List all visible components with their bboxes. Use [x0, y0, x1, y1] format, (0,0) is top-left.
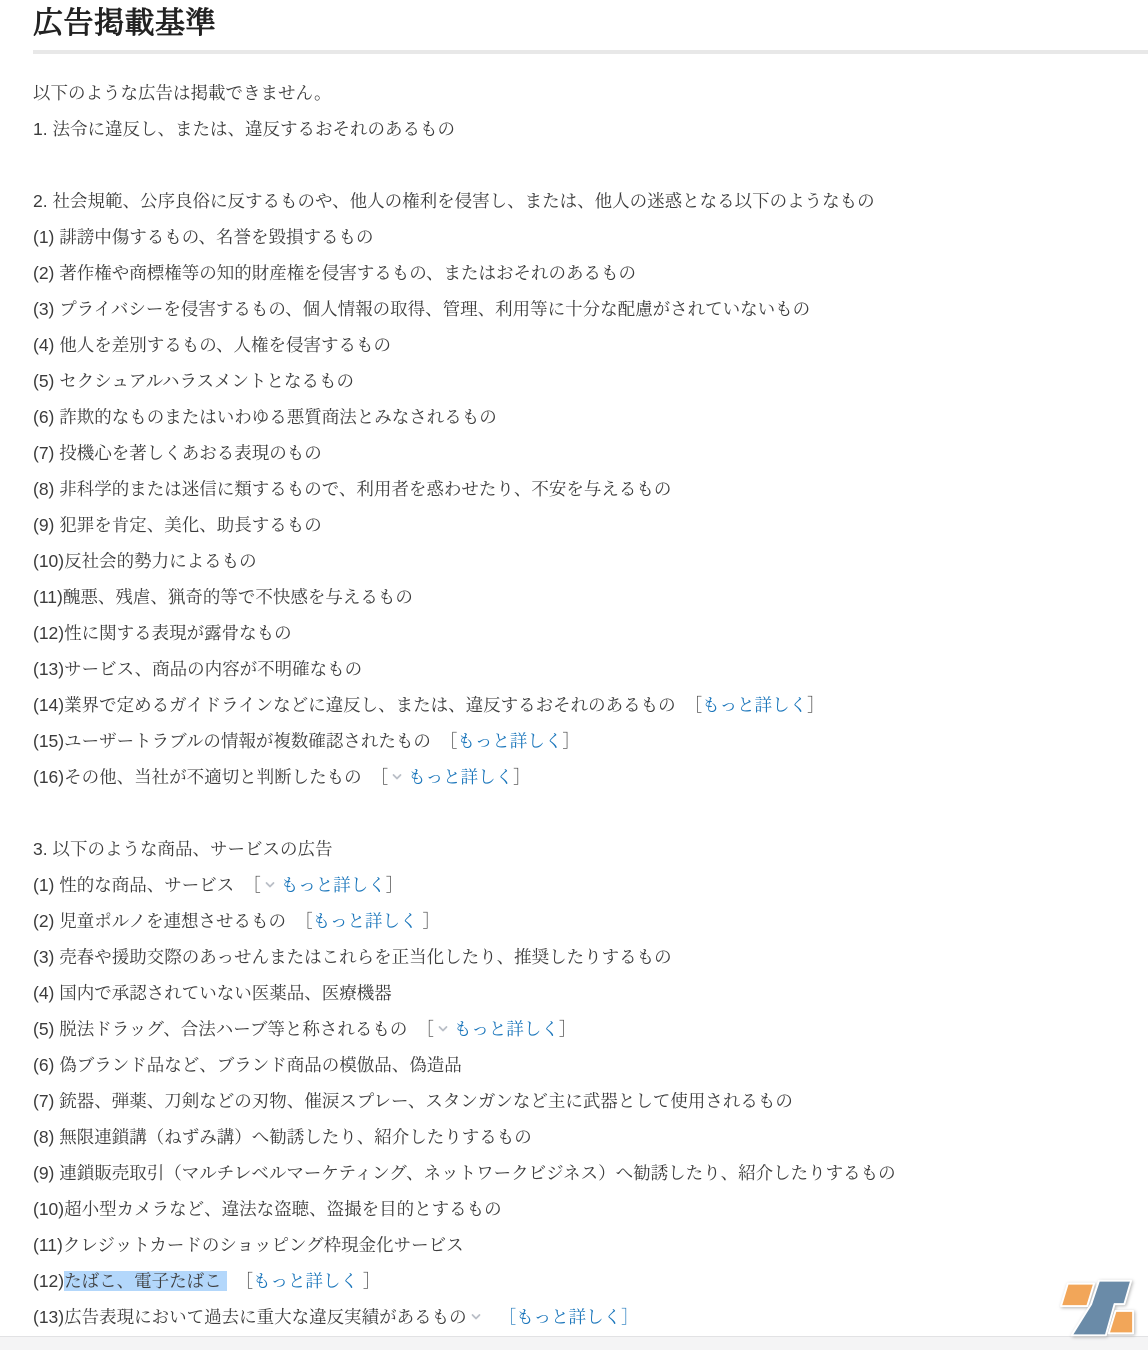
- more-detail-bracket-group: ［もっと詳しく］: [243, 875, 403, 895]
- list-item: (9) 連鎖販売取引（マルチレベルマーケティング、ネットワークビジネス）へ勧誘し…: [33, 1155, 1128, 1191]
- item-text: (12): [33, 1271, 64, 1291]
- item-text: (13)広告表現において過去に重大な違反実績があるもの: [33, 1307, 467, 1327]
- close-bracket: ］: [807, 695, 825, 715]
- chevron-down-icon: [390, 770, 404, 784]
- item-text: (11)醜悪、残虐、猟奇的等で不快感を与えるもの: [33, 587, 413, 607]
- list-item: (4) 他人を差別するもの、人権を侵害するもの: [33, 327, 1128, 363]
- list-item: (10)反社会的勢力によるもの: [33, 543, 1128, 579]
- more-detail-bracket-group: ［もっと詳しく ］: [236, 1271, 381, 1291]
- item-text: (15)ユーザートラブルの情報が複数確認されたもの: [33, 731, 431, 751]
- list-item: (13)サービス、商品の内容が不明確なもの: [33, 651, 1128, 687]
- intro-text: 以下のような広告は掲載できません。: [33, 75, 1128, 111]
- list-item: (7) 投機心を著しくあおる表現のもの: [33, 435, 1128, 471]
- section-2-heading: 2. 社会規範、公序良俗に反するものや、他人の権利を侵害し、または、他人の迷惑と…: [33, 183, 1128, 219]
- list-item: (1) 性的な商品、サービス［もっと詳しく］: [33, 867, 1128, 903]
- item-text: (8) 無限連鎖講（ねずみ講）へ勧誘したり、紹介したりするもの: [33, 1127, 532, 1147]
- list-item: (10)超小型カメラなど、違法な盗聴、盗撮を目的とするもの: [33, 1191, 1128, 1227]
- item-text: (1) 誹謗中傷するもの、名誉を毀損するもの: [33, 227, 374, 247]
- site-logo: [1059, 1278, 1137, 1338]
- item-text: (1) 性的な商品、サービス: [33, 875, 234, 895]
- item-text: (7) 銃器、弾薬、刀剣などの刃物、催涙スプレー、スタンガンなど主に武器として使…: [33, 1091, 793, 1111]
- item-text: (9) 連鎖販売取引（マルチレベルマーケティング、ネットワークビジネス）へ勧誘し…: [33, 1163, 896, 1183]
- more-detail-bracket-group: ［もっと詳しく］: [371, 767, 531, 787]
- item-text: (5) セクシュアルハラスメントとなるもの: [33, 371, 354, 391]
- list-item: (5) セクシュアルハラスメントとなるもの: [33, 363, 1128, 399]
- chevron-down-icon: [469, 1310, 483, 1324]
- document-page: 広告掲載基準 以下のような広告は掲載できません。 1. 法令に違反し、または、違…: [0, 6, 1148, 1335]
- more-detail-link[interactable]: もっと詳しく: [408, 767, 513, 787]
- close-bracket: ］: [422, 911, 440, 931]
- item-text: (3) プライバシーを侵害するもの、個人情報の取得、管理、利用等に十分な配慮がさ…: [33, 299, 810, 319]
- title-divider: [33, 50, 1148, 54]
- list-item: (13)広告表現において過去に重大な違反実績があるもの［もっと詳しく］: [33, 1299, 1128, 1335]
- item-text: (10)超小型カメラなど、違法な盗聴、盗撮を目的とするもの: [33, 1199, 502, 1219]
- open-bracket: ［: [499, 1307, 517, 1327]
- item-text: (3) 売春や援助交際のあっせんまたはこれらを正当化したり、推奨したりするもの: [33, 947, 672, 967]
- more-detail-bracket-group: ［もっと詳しく］: [685, 695, 825, 715]
- item-text: (7) 投機心を著しくあおる表現のもの: [33, 443, 322, 463]
- list-item: (3) プライバシーを侵害するもの、個人情報の取得、管理、利用等に十分な配慮がさ…: [33, 291, 1128, 327]
- more-detail-bracket-group: ［もっと詳しく］: [440, 731, 580, 751]
- list-item: (2) 著作権や商標権等の知的財産権を侵害するもの、またはおそれのあるもの: [33, 255, 1128, 291]
- list-item: (7) 銃器、弾薬、刀剣などの刃物、催涙スプレー、スタンガンなど主に武器として使…: [33, 1083, 1128, 1119]
- close-bracket: ］: [386, 875, 404, 895]
- list-item: (8) 非科学的または迷信に類するもので、利用者を惑わせたり、不安を与えるもの: [33, 471, 1128, 507]
- item-text: (2) 著作権や商標権等の知的財産権を侵害するもの、またはおそれのあるもの: [33, 263, 636, 283]
- footer-strip: [0, 1336, 1148, 1350]
- item-text: (6) 偽ブランド品など、ブランド商品の模倣品、偽造品: [33, 1055, 462, 1075]
- item-text: (12)性に関する表現が露骨なもの: [33, 623, 292, 643]
- section-3-heading: 3. 以下のような商品、サービスの広告: [33, 831, 1128, 867]
- more-detail-link[interactable]: もっと詳しく: [454, 1019, 559, 1039]
- list-item: (3) 売春や援助交際のあっせんまたはこれらを正当化したり、推奨したりするもの: [33, 939, 1128, 975]
- list-item: (12)たばこ、電子たばこ ［もっと詳しく ］: [33, 1263, 1128, 1299]
- section-2-items: (1) 誹謗中傷するもの、名誉を毀損するもの(2) 著作権や商標権等の知的財産権…: [33, 219, 1128, 795]
- rule-item-1: 1. 法令に違反し、または、違反するおそれのあるもの: [33, 111, 1128, 147]
- more-detail-link[interactable]: もっと詳しく: [702, 695, 807, 715]
- list-item: (6) 詐欺的なものまたはいわゆる悪質商法とみなされるもの: [33, 399, 1128, 435]
- item-text: (5) 脱法ドラッグ、合法ハーブ等と称されるもの: [33, 1019, 407, 1039]
- close-bracket: ］: [363, 1271, 381, 1291]
- list-item: (8) 無限連鎖講（ねずみ講）へ勧誘したり、紹介したりするもの: [33, 1119, 1128, 1155]
- item-text: (6) 詐欺的なものまたはいわゆる悪質商法とみなされるもの: [33, 407, 497, 427]
- list-item: (1) 誹謗中傷するもの、名誉を毀損するもの: [33, 219, 1128, 255]
- item-text: (13)サービス、商品の内容が不明確なもの: [33, 659, 362, 679]
- open-bracket: ［: [243, 875, 261, 895]
- list-item: (12)性に関する表現が露骨なもの: [33, 615, 1128, 651]
- list-item: (11)醜悪、残虐、猟奇的等で不快感を与えるもの: [33, 579, 1128, 615]
- item-text: (4) 国内で承認されていない医薬品、医療機器: [33, 983, 392, 1003]
- more-detail-bracket-group: ［もっと詳しく］: [499, 1307, 639, 1327]
- list-item: (9) 犯罪を肯定、美化、助長するもの: [33, 507, 1128, 543]
- list-item: (2) 児童ポルノを連想させるもの［もっと詳しく ］: [33, 903, 1128, 939]
- close-bracket: ］: [513, 767, 531, 787]
- chevron-down-icon: [436, 1022, 450, 1036]
- item-text: (10)反社会的勢力によるもの: [33, 551, 257, 571]
- list-item: (11)クレジットカードのショッピング枠現金化サービス: [33, 1227, 1128, 1263]
- open-bracket: ［: [295, 911, 313, 931]
- close-bracket: ］: [621, 1307, 639, 1327]
- open-bracket: ［: [416, 1019, 434, 1039]
- item-text: (9) 犯罪を肯定、美化、助長するもの: [33, 515, 322, 535]
- more-detail-link[interactable]: もっと詳しく: [516, 1307, 621, 1327]
- item-text: (4) 他人を差別するもの、人権を侵害するもの: [33, 335, 391, 355]
- more-detail-link[interactable]: もっと詳しく: [313, 911, 418, 931]
- logo-orange-top-shape: [1061, 1284, 1094, 1306]
- open-bracket: ［: [236, 1271, 254, 1291]
- item-text: (11)クレジットカードのショッピング枠現金化サービス: [33, 1235, 464, 1255]
- list-item: (16)その他、当社が不適切と判断したもの［もっと詳しく］: [33, 759, 1128, 795]
- more-detail-link[interactable]: もっと詳しく: [457, 731, 562, 751]
- open-bracket: ［: [685, 695, 703, 715]
- item-text: (16)その他、当社が不適切と判断したもの: [33, 767, 362, 787]
- list-item: (15)ユーザートラブルの情報が複数確認されたもの［もっと詳しく］: [33, 723, 1128, 759]
- item-text: (14)業界で定めるガイドラインなどに違反し、または、違反するおそれのあるもの: [33, 695, 676, 715]
- list-item: (4) 国内で承認されていない医薬品、医療機器: [33, 975, 1128, 1011]
- more-detail-bracket-group: ［もっと詳しく］: [416, 1019, 576, 1039]
- page-title: 広告掲載基準: [33, 6, 1128, 42]
- selected-text: たばこ、電子たばこ: [64, 1271, 226, 1291]
- open-bracket: ［: [371, 767, 389, 787]
- chevron-down-icon: [263, 878, 277, 892]
- more-detail-bracket-group: ［もっと詳しく ］: [295, 911, 440, 931]
- more-detail-link[interactable]: もっと詳しく: [253, 1271, 358, 1291]
- section-3-items: (1) 性的な商品、サービス［もっと詳しく］(2) 児童ポルノを連想させるもの［…: [33, 867, 1128, 1335]
- item-text: (8) 非科学的または迷信に類するもので、利用者を惑わせたり、不安を与えるもの: [33, 479, 671, 499]
- more-detail-link[interactable]: もっと詳しく: [281, 875, 386, 895]
- close-bracket: ］: [559, 1019, 577, 1039]
- item-text: (2) 児童ポルノを連想させるもの: [33, 911, 286, 931]
- close-bracket: ］: [562, 731, 580, 751]
- list-item: (14)業界で定めるガイドラインなどに違反し、または、違反するおそれのあるもの［…: [33, 687, 1128, 723]
- open-bracket: ［: [440, 731, 458, 751]
- list-item: (6) 偽ブランド品など、ブランド商品の模倣品、偽造品: [33, 1047, 1128, 1083]
- list-item: (5) 脱法ドラッグ、合法ハーブ等と称されるもの［もっと詳しく］: [33, 1011, 1128, 1047]
